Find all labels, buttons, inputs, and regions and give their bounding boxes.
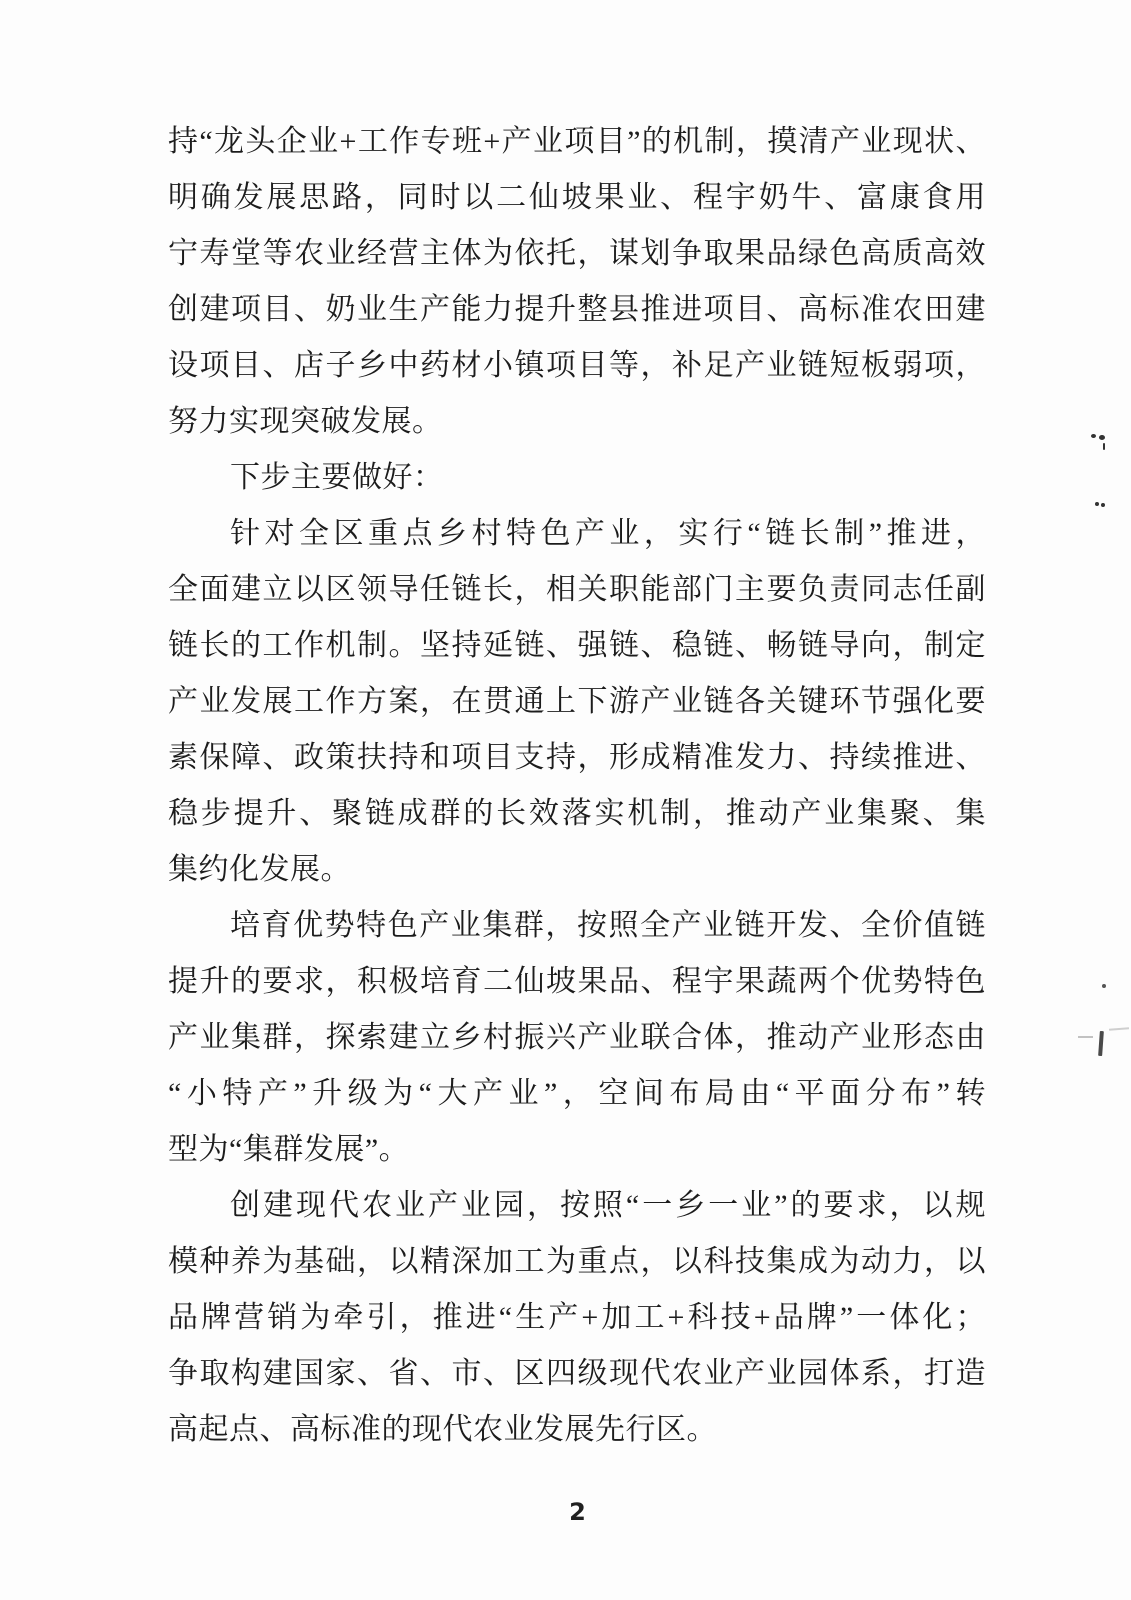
paragraph-chain-chief-system: 针对全区重点乡村特色产业，实行“链长制”推进， 全面建立以区领导任链长，相关职能… <box>168 506 986 898</box>
footer-page-number: 2 <box>0 1498 1131 1526</box>
text-line: 创建现代农业产业园，按照“一乡一业”的要求，以规 <box>168 1178 986 1234</box>
document-page: 持“龙头企业+工作专班+产业项目”的机制，摸清产业现状、 明确发展思路，同时以二… <box>0 0 1131 1600</box>
paragraph-continuation: 持“龙头企业+工作专班+产业项目”的机制，摸清产业现状、 明确发展思路，同时以二… <box>168 114 986 450</box>
text-line: 全面建立以区领导任链长，相关职能部门主要负责同志任副 <box>168 562 986 618</box>
text-line: 素保障、政策扶持和项目支持，形成精准发力、持续推进、 <box>168 730 986 786</box>
text-line: 创建项目、奶业生产能力提升整县推进项目、高标准农田建 <box>168 282 986 338</box>
text-line: 高起点、高标准的现代农业发展先行区。 <box>168 1402 986 1458</box>
text-line: “小特产”升级为“大产业”，空间布局由“平面分布”转 <box>168 1066 986 1122</box>
text-line: 型为“集群发展”。 <box>168 1122 986 1178</box>
text-line: 链长的工作机制。坚持延链、强链、稳链、畅链导向，制定 <box>168 618 986 674</box>
document-body-text: 持“龙头企业+工作专班+产业项目”的机制，摸清产业现状、 明确发展思路，同时以二… <box>168 114 986 1458</box>
text-line: 模种养为基础，以精深加工为重点，以科技集成为动力，以 <box>168 1234 986 1290</box>
text-line: 下步主要做好： <box>168 450 986 506</box>
text-line: 品牌营销为牵引，推进“生产+加工+科技+品牌”一体化； <box>168 1290 986 1346</box>
text-line: 提升的要求，积极培育二仙坡果品、程宇果蔬两个优势特色 <box>168 954 986 1010</box>
text-line: 针对全区重点乡村特色产业，实行“链长制”推进， <box>168 506 986 562</box>
text-line: 稳步提升、聚链成群的长效落实机制，推动产业集聚、集群、 <box>168 786 986 842</box>
text-line: 明确发展思路，同时以二仙坡果业、程宇奶牛、富康食用菌、 <box>168 170 986 226</box>
scan-artifact <box>1101 503 1105 507</box>
paragraph-modern-agriculture-park: 创建现代农业产业园，按照“一乡一业”的要求，以规 模种养为基础，以精深加工为重点… <box>168 1178 986 1458</box>
paragraph-lead-in: 下步主要做好： <box>168 450 986 506</box>
text-line: 持“龙头企业+工作专班+产业项目”的机制，摸清产业现状、 <box>168 114 986 170</box>
scan-artifact <box>1091 434 1096 438</box>
text-line: 培育优势特色产业集群，按照全产业链开发、全价值链 <box>168 898 986 954</box>
scan-artifact <box>1109 1027 1129 1030</box>
scan-artifact <box>1078 1036 1093 1038</box>
text-line: 集约化发展。 <box>168 842 986 898</box>
paragraph-industry-clusters: 培育优势特色产业集群，按照全产业链开发、全价值链 提升的要求，积极培育二仙坡果品… <box>168 898 986 1178</box>
text-line: 宁寿堂等农业经营主体为依托，谋划争取果品绿色高质高效 <box>168 226 986 282</box>
scan-artifact <box>1098 1031 1104 1056</box>
scan-artifact <box>1095 502 1099 506</box>
scan-artifact <box>1102 984 1106 988</box>
text-line: 努力实现突破发展。 <box>168 394 986 450</box>
text-line: 产业发展工作方案，在贯通上下游产业链各关键环节强化要 <box>168 674 986 730</box>
text-line: 产业集群，探索建立乡村振兴产业联合体，推动产业形态由 <box>168 1010 986 1066</box>
text-line: 设项目、店子乡中药材小镇项目等，补足产业链短板弱项， <box>168 338 986 394</box>
scan-artifact <box>1103 443 1105 450</box>
scan-artifact <box>1099 435 1105 440</box>
text-line: 争取构建国家、省、市、区四级现代农业产业园体系，打造 <box>168 1346 986 1402</box>
